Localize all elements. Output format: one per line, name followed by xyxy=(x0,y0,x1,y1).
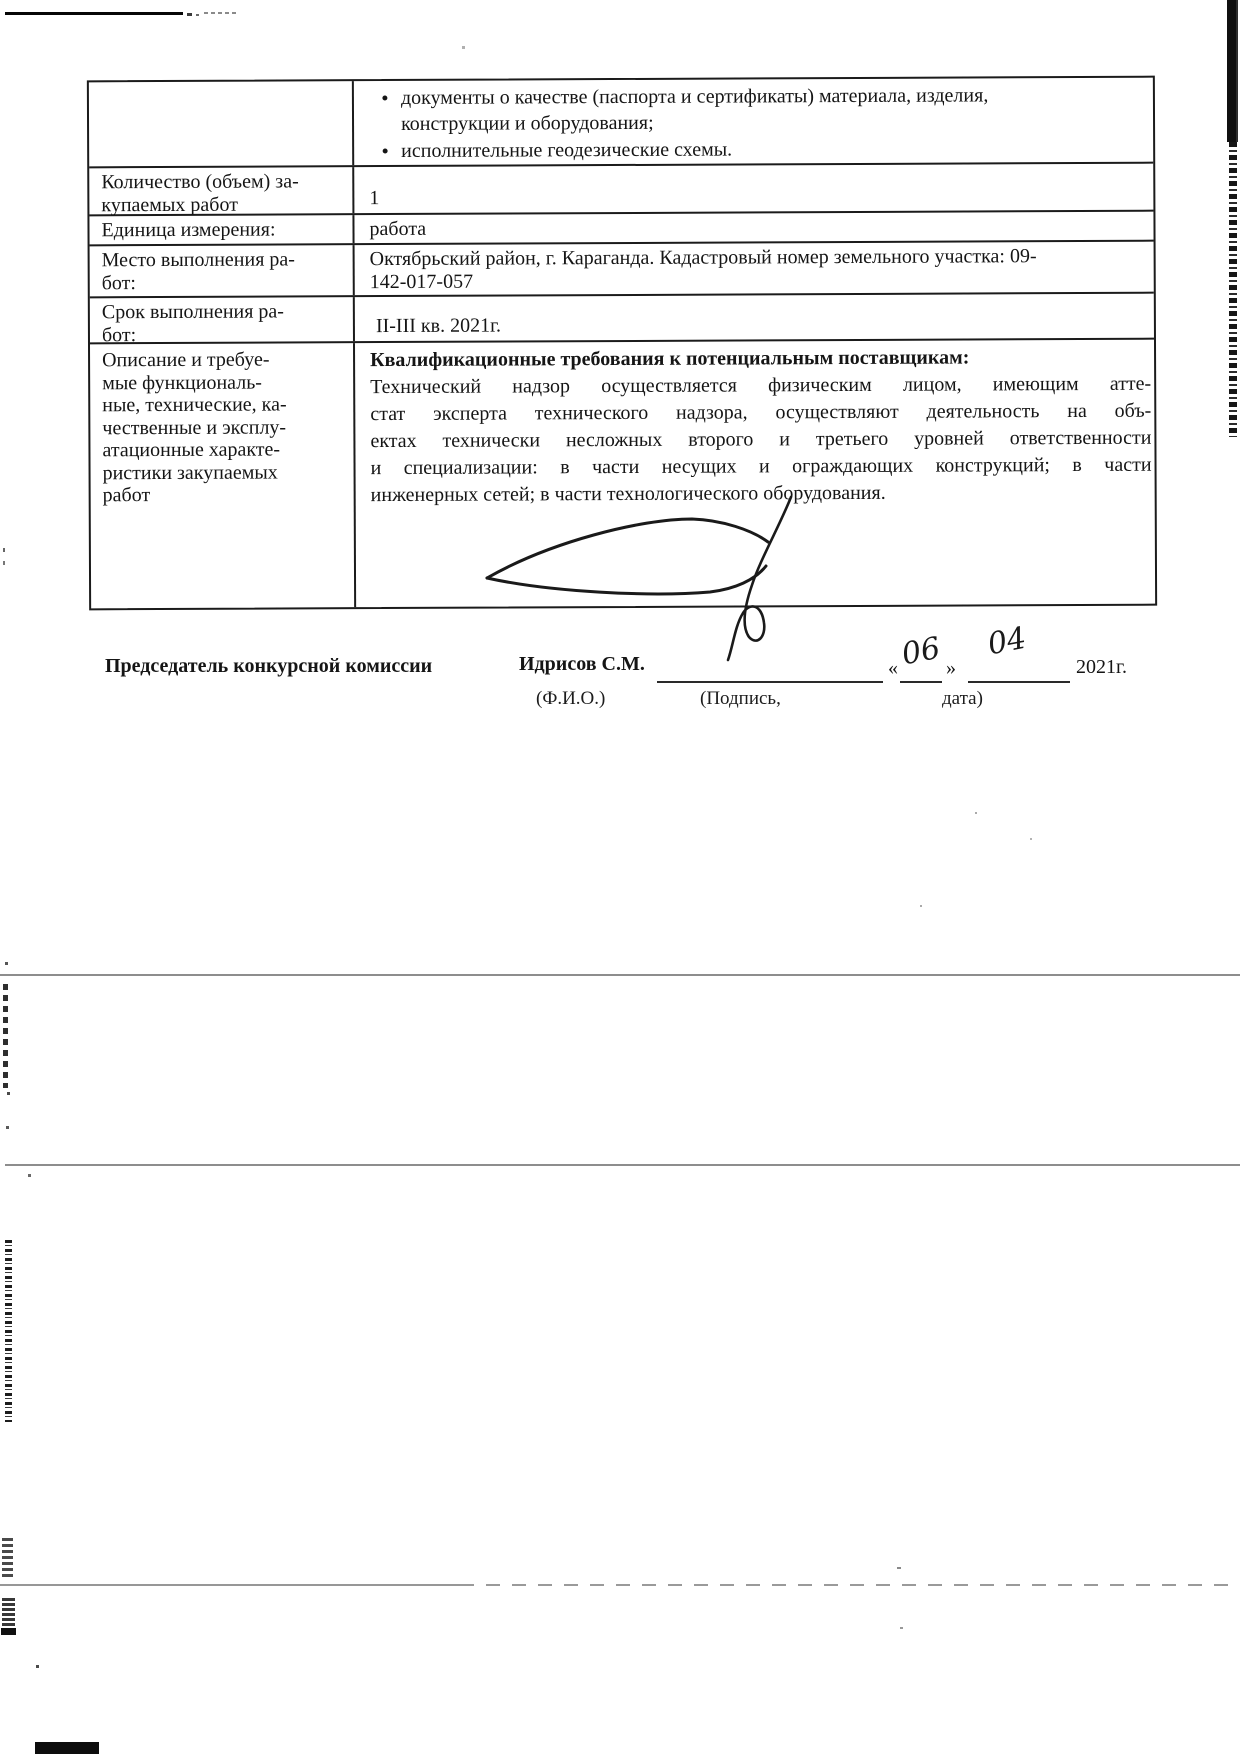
label-line: купаемых работ xyxy=(101,193,344,217)
edge-text-artifact-right xyxy=(1227,0,1238,142)
fio-caption: (Ф.И.О.) xyxy=(536,688,605,710)
edge-text-artifact-left xyxy=(3,984,8,1088)
value-line: II-III кв. 2021г. xyxy=(376,315,501,339)
row-label: Срок выполнения ра- бот: xyxy=(90,297,355,342)
list-item: • исполнительные геодезические схемы. xyxy=(369,135,1145,164)
list-item: • документы о качестве (паспорта и серти… xyxy=(369,82,1145,137)
scan-artifact-top-dot xyxy=(196,14,199,16)
quote-open: « xyxy=(888,657,898,680)
scan-speck xyxy=(5,962,8,965)
scan-speck xyxy=(28,1174,31,1177)
row-value: II-III кв. 2021г. xyxy=(355,294,1154,341)
scan-speck xyxy=(897,1567,901,1569)
month-underline xyxy=(968,680,1070,683)
table-row-documents: • документы о качестве (паспорта и серти… xyxy=(89,78,1153,169)
value-line: ектах технически несложных второго и тре… xyxy=(370,425,1151,455)
label-line: ристики закупаемых xyxy=(103,461,346,485)
scan-artifact-top-line xyxy=(5,12,183,15)
scan-speck xyxy=(36,1665,39,1668)
date-caption: дата) xyxy=(942,688,983,710)
label-line: чественные и эксплу- xyxy=(102,416,345,440)
value-line: 1 xyxy=(369,187,379,210)
label-line: работ xyxy=(103,483,346,507)
signature-underline xyxy=(657,680,883,683)
table-row-term: Срок выполнения ра- бот: II-III кв. 2021… xyxy=(90,294,1154,345)
row-label: Единица измерения: xyxy=(89,215,354,244)
bullet-icon: • xyxy=(369,138,401,164)
scan-speck xyxy=(3,561,5,565)
edge-text-artifact-left xyxy=(2,1598,15,1630)
edge-text-artifact-left xyxy=(2,1538,13,1578)
table-row-place: Место выполнения ра- бот: Октябрьский ра… xyxy=(90,242,1154,299)
value-line: стат эксперта технического надзора, осущ… xyxy=(370,398,1151,428)
scan-speck xyxy=(1030,838,1032,840)
row-label-empty xyxy=(89,81,354,166)
row-value-bullets: • документы о качестве (паспорта и серти… xyxy=(354,78,1153,165)
scan-speck xyxy=(6,1126,9,1129)
scan-speck xyxy=(3,548,5,552)
value-line: 142-017-057 xyxy=(370,268,1146,294)
committee-chair-title: Председатель конкурсной комиссии xyxy=(105,655,432,678)
handwritten-day: 06 xyxy=(899,631,943,673)
value-line: и специализации: в части несущих и ограж… xyxy=(370,452,1151,482)
label-line: Единица измерения: xyxy=(101,218,344,242)
value-line: работа xyxy=(369,215,1145,241)
qualification-heading: Квалификационные требования к потенциаль… xyxy=(370,344,1151,374)
scan-artifact-top-dot xyxy=(187,13,192,16)
edge-text-artifact-left xyxy=(5,1240,12,1422)
bullet-icon: • xyxy=(369,85,401,137)
label-line: Место выполнения ра- xyxy=(102,248,345,272)
label-line: мые функциональ- xyxy=(102,371,345,395)
value-line: Октябрьский район, г. Караганда. Кадастр… xyxy=(370,245,1146,271)
signature-stroke xyxy=(487,566,766,594)
row-label: Место выполнения ра- бот: xyxy=(90,245,355,296)
scan-speck xyxy=(462,46,465,49)
signature-stroke xyxy=(487,519,768,578)
bullet-text: исполнительные геодезические схемы. xyxy=(401,137,732,164)
scan-artifact-top-dash xyxy=(204,12,236,14)
scan-artifact-dashed-line xyxy=(0,1584,460,1586)
handwritten-signature xyxy=(430,480,850,680)
bullet-text: документы о качестве (паспорта и сертифи… xyxy=(401,82,989,137)
scan-artifact-dashed-line xyxy=(460,1584,1240,1586)
scanned-document-page: { "bullet_icon": "•", "table": { "rows":… xyxy=(0,0,1240,1755)
label-line: ные, технические, ка- xyxy=(102,393,345,417)
row-value: 1 xyxy=(354,164,1153,213)
value-line: Технический надзор осуществляется физиче… xyxy=(370,371,1151,401)
row-value: работа xyxy=(354,212,1153,243)
signature-stroke xyxy=(728,497,791,660)
bullet-line: документы о качестве (паспорта и сертифи… xyxy=(401,82,988,111)
scan-speck xyxy=(920,905,922,907)
day-underline xyxy=(900,680,942,683)
bullet-line: конструкции и оборудования; xyxy=(401,108,988,137)
label-line: атационные характе- xyxy=(102,438,345,462)
table-row-unit: Единица измерения: работа xyxy=(89,212,1153,247)
edge-text-artifact-left xyxy=(1,1628,16,1635)
table-row-quantity: Количество (объем) за- купаемых работ 1 xyxy=(89,164,1153,217)
scan-artifact-gray-line xyxy=(5,1164,1240,1166)
label-line: Описание и требуе- xyxy=(102,348,345,372)
label-line: бот: xyxy=(102,271,345,295)
label-line: Срок выполнения ра- xyxy=(102,300,345,324)
handwritten-month: 04 xyxy=(985,621,1029,663)
bullet-line: исполнительные геодезические схемы. xyxy=(401,137,732,164)
scan-speck xyxy=(975,812,977,814)
scan-artifact-black-bar xyxy=(35,1742,99,1754)
chair-name: Идрисов С.М. xyxy=(519,653,645,676)
label-line: Количество (объем) за- xyxy=(101,170,344,194)
scan-speck xyxy=(900,1627,903,1629)
quote-close: » xyxy=(946,657,956,680)
row-value: Октябрьский район, г. Караганда. Кадастр… xyxy=(355,242,1154,295)
scan-speck xyxy=(7,1092,10,1095)
year-text: 2021г. xyxy=(1076,656,1127,679)
edge-text-artifact-right xyxy=(1229,142,1237,437)
row-label: Количество (объем) за- купаемых работ xyxy=(89,167,354,214)
scan-artifact-gray-line xyxy=(0,974,1240,976)
signature-caption: (Подпись, xyxy=(700,688,781,710)
row-label: Описание и требуе- мые функциональ- ные,… xyxy=(90,343,356,608)
